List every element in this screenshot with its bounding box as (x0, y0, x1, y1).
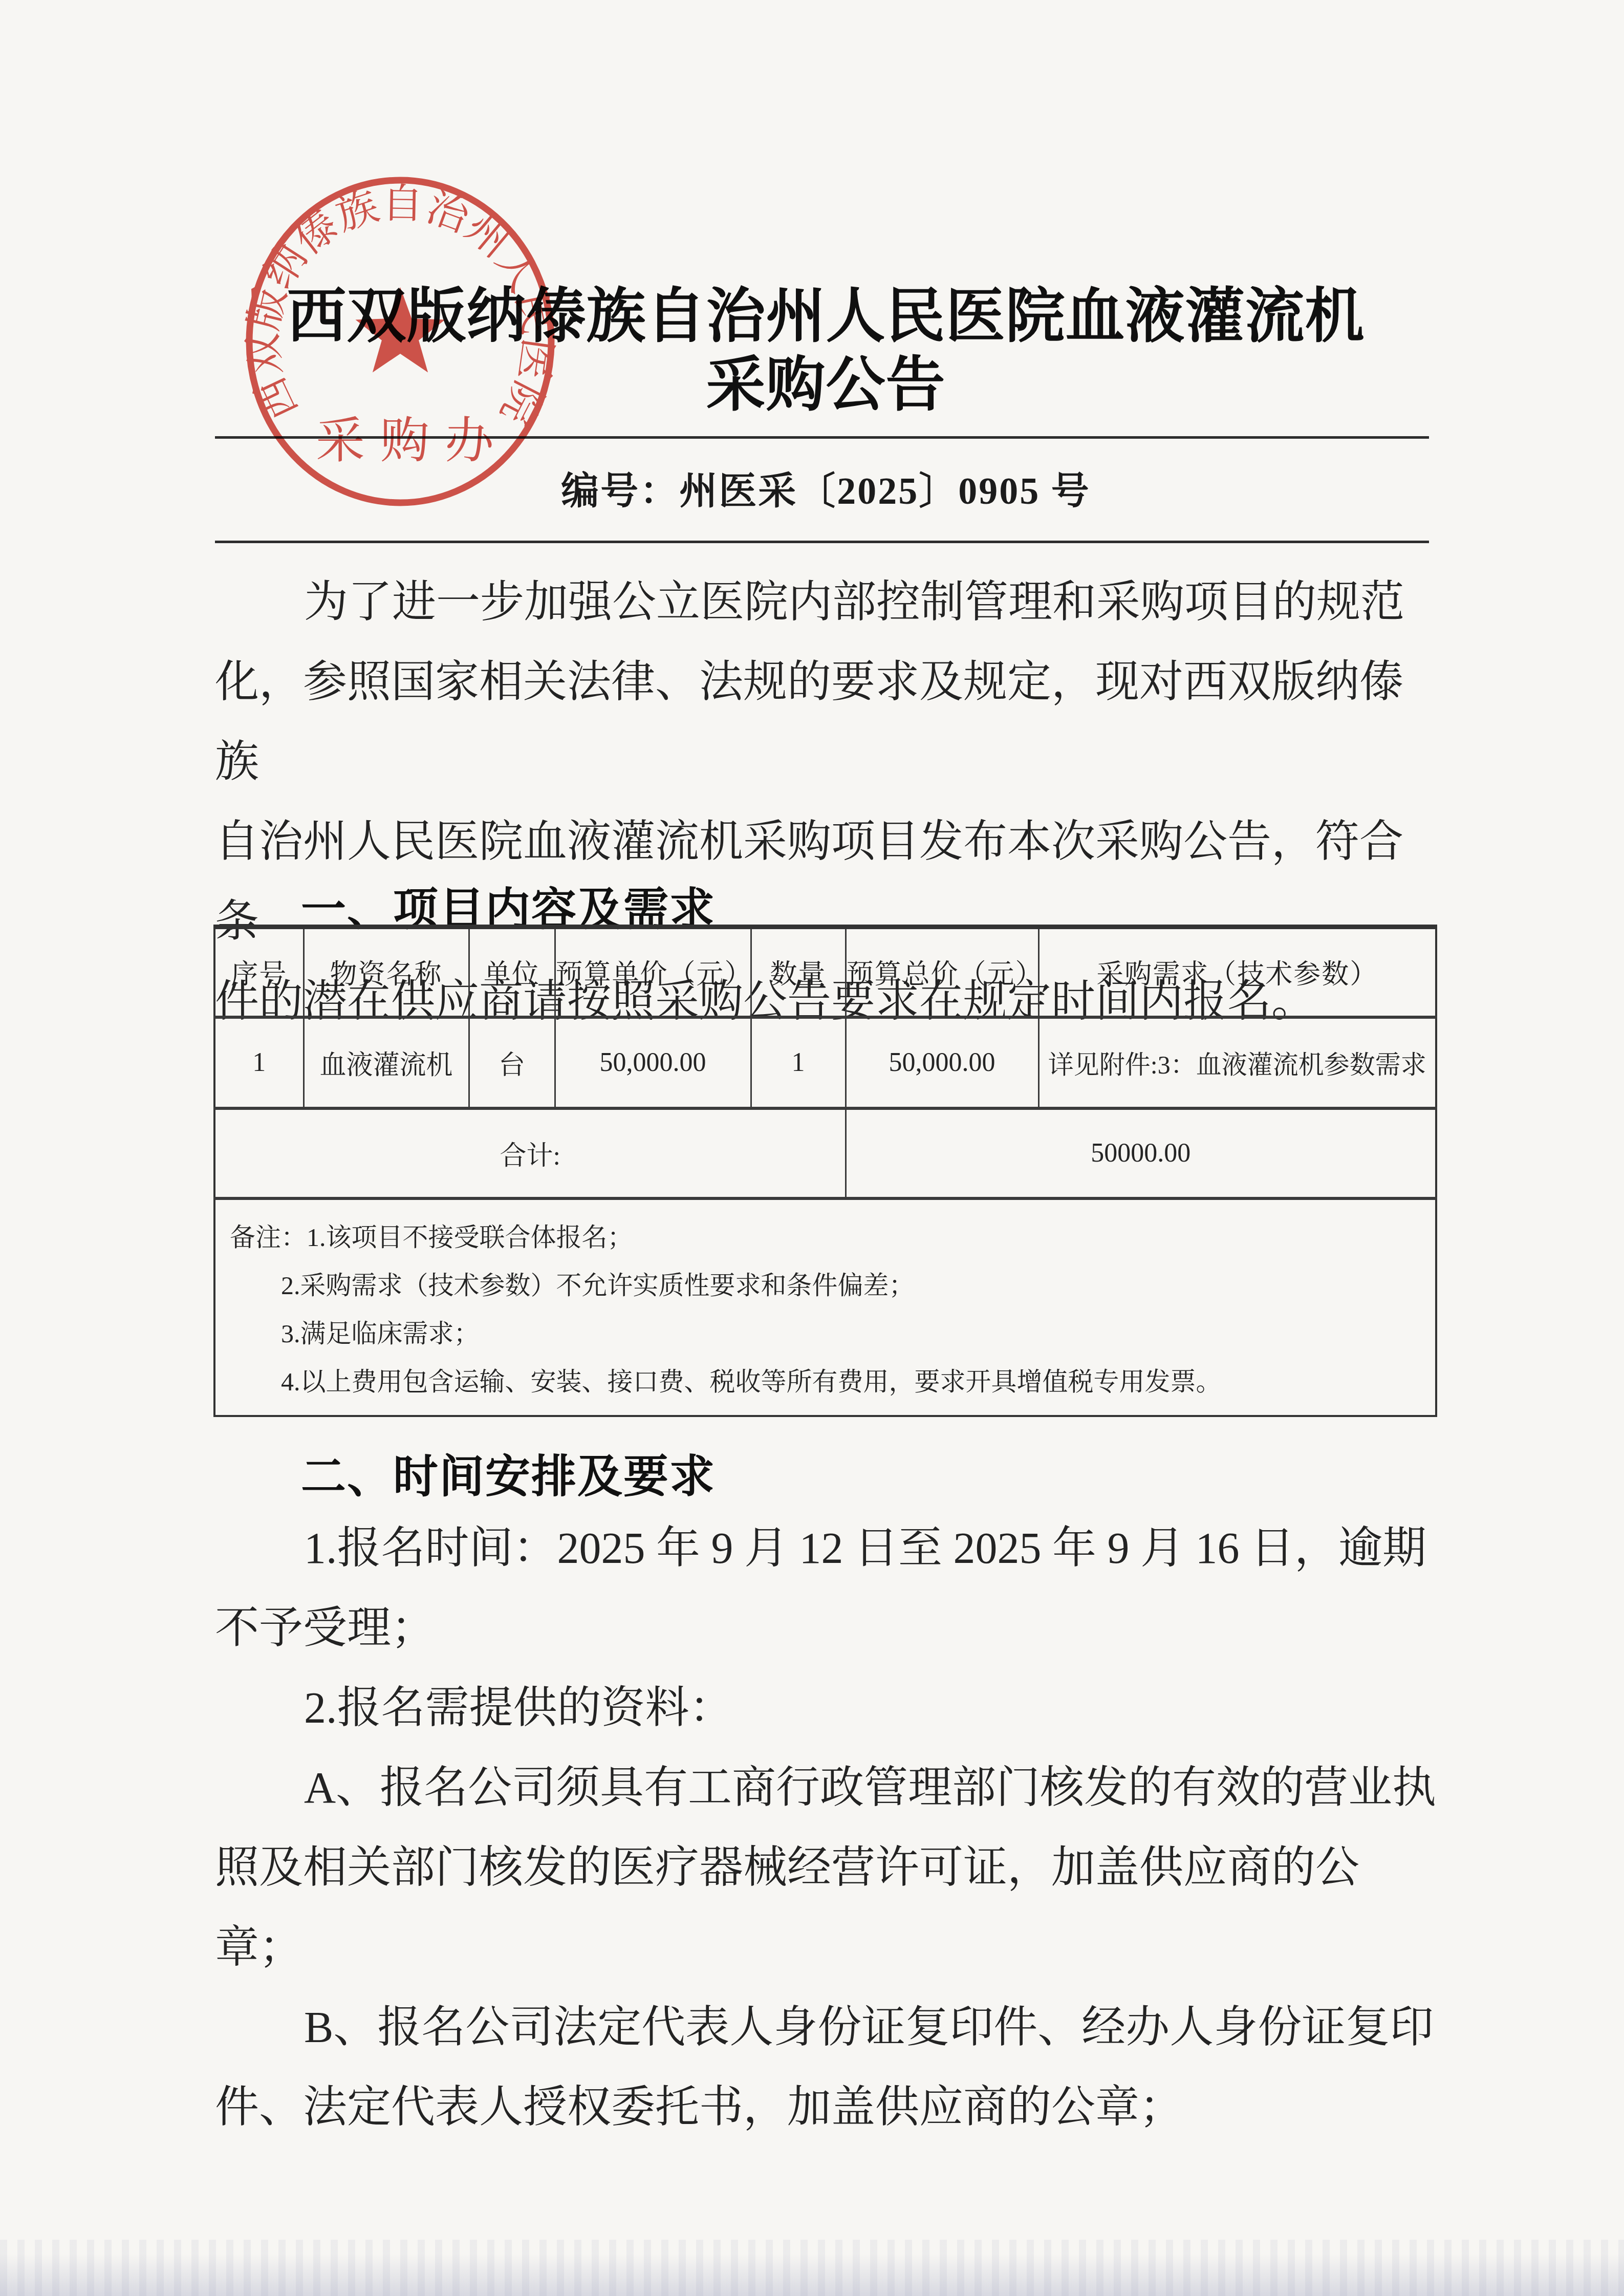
title-line-1: 西双版纳傣族自治州人民医院血液灌流机 (215, 283, 1437, 351)
header-cell-unit: 单位 (469, 927, 555, 1017)
cell-qty: 1 (751, 1017, 846, 1108)
note-line: 3.满足临床需求； (230, 1310, 1420, 1358)
table-header-row: 序号 物资名称 单位 预算单价（元） 数量 预算总价（元） 采购需求（技术参数） (214, 927, 1436, 1017)
table-notes-row: 备注：1.该项目不接受联合体报名； 2.采购需求（技术参数）不允许实质性要求和条… (214, 1198, 1436, 1416)
stamp-office-text: 采购办 (316, 413, 509, 468)
body-line-signup-time-cont: 不予受理； (215, 1588, 1439, 1668)
total-value-cell: 50000.00 (846, 1108, 1436, 1198)
scanned-procurement-notice-page: 西双版纳傣族自治州人民医院血液灌流机 采购公告 编号：州医采〔2025〕0905… (0, 0, 1624, 2296)
header-cell-qty: 数量 (751, 927, 846, 1017)
body-line-signup-time: 1.报名时间：2025 年 9 月 12 日至 2025 年 9 月 16 日，… (215, 1508, 1439, 1588)
note-line: 备注：1.该项目不接受联合体报名； (230, 1213, 1420, 1261)
scan-artifact-band (0, 2240, 1624, 2296)
cell-item-name: 血液灌流机 (304, 1017, 469, 1108)
cell-requirements: 详见附件:3：血液灌流机参数需求 (1038, 1017, 1436, 1108)
header-cell-item-name: 物资名称 (304, 927, 469, 1017)
cell-unit-price: 50,000.00 (555, 1017, 751, 1108)
intro-line: 为了进一步加强公立医院内部控制管理和采购项目的规范 (215, 562, 1439, 642)
header-cell-seq: 序号 (214, 927, 304, 1017)
document-title: 西双版纳傣族自治州人民医院血液灌流机 采购公告 (215, 283, 1437, 420)
body-line-item-a-cont: 照及相关部门核发的医疗器械经营许可证，加盖供应商的公章； (215, 1828, 1439, 1987)
table-data-row: 1 血液灌流机 台 50,000.00 1 50,000.00 详见附件:3：血… (214, 1017, 1436, 1108)
divider-rule-bottom (215, 541, 1429, 543)
body-line-item-a: A、报名公司须具有工商行政管理部门核发的有效的营业执 (215, 1748, 1439, 1828)
note-line: 2.采购需求（技术参数）不允许实质性要求和条件偏差； (230, 1261, 1420, 1310)
note-line: 4.以上费用包含运输、安装、接口费、税收等所有费用，要求开具增值税专用发票。 (230, 1358, 1420, 1406)
section-2-body: 1.报名时间：2025 年 9 月 12 日至 2025 年 9 月 16 日，… (215, 1508, 1439, 2147)
document-number: 编号：州医采〔2025〕0905 号 (215, 461, 1437, 515)
table-total-row: 合计: 50000.00 (214, 1108, 1436, 1198)
cell-unit: 台 (469, 1017, 555, 1108)
notes-cell: 备注：1.该项目不接受联合体报名； 2.采购需求（技术参数）不允许实质性要求和条… (214, 1198, 1436, 1416)
section-2-heading: 二、时间安排及要求 (301, 1441, 716, 1505)
intro-line: 化，参照国家相关法律、法规的要求及规定，现对西双版纳傣族 (215, 642, 1439, 802)
body-line-item-b-cont: 件、法定代表人授权委托书，加盖供应商的公章； (215, 2067, 1439, 2147)
body-line-materials: 2.报名需提供的资料： (215, 1668, 1439, 1748)
header-cell-unit-price: 预算单价（元） (555, 927, 751, 1017)
procurement-items-table: 序号 物资名称 单位 预算单价（元） 数量 预算总价（元） 采购需求（技术参数）… (213, 925, 1437, 1417)
total-label-cell: 合计: (214, 1108, 846, 1198)
title-line-2: 采购公告 (215, 351, 1437, 420)
header-cell-total-price: 预算总价（元） (846, 927, 1038, 1017)
cell-total-price: 50,000.00 (846, 1017, 1038, 1108)
cell-seq: 1 (214, 1017, 304, 1108)
divider-rule-top (215, 436, 1429, 439)
header-cell-requirements: 采购需求（技术参数） (1038, 927, 1436, 1017)
body-line-item-b: B、报名公司法定代表人身份证复印件、经办人身份证复印 (215, 1987, 1439, 2067)
